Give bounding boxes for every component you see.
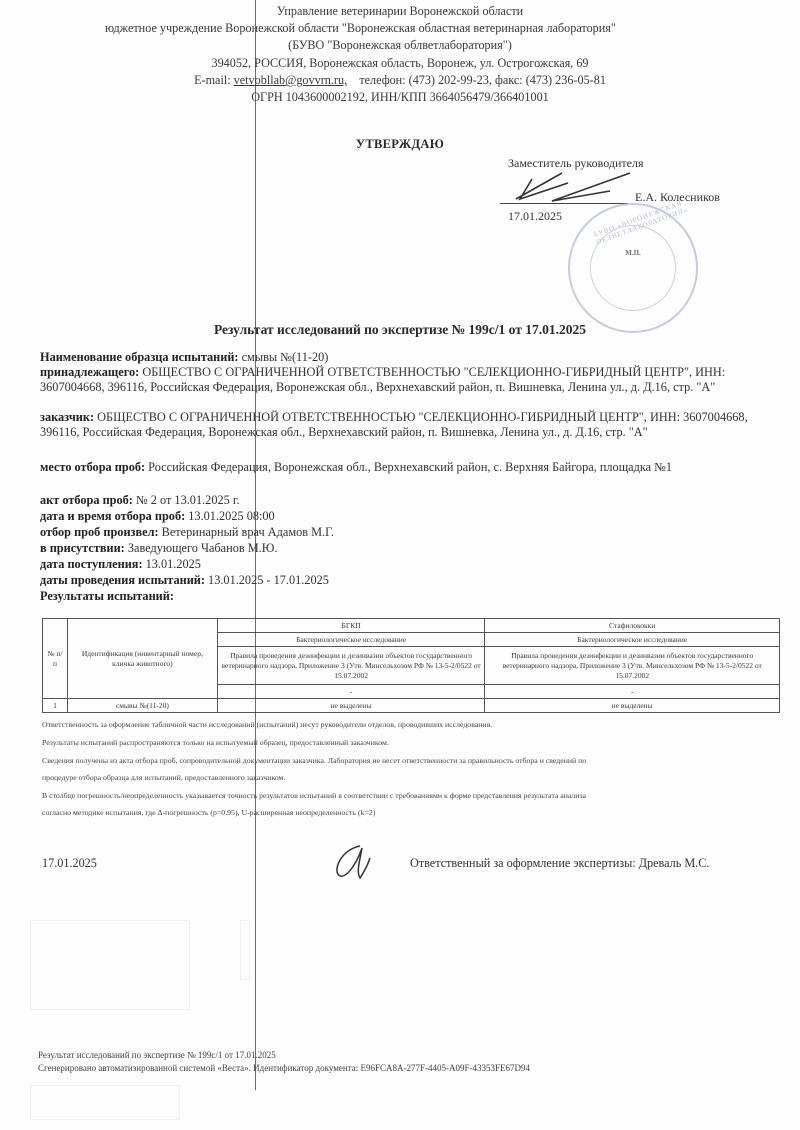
row-result-staph: не выделены [485,699,780,713]
header-group-bgkp: БГКП [217,619,485,633]
row-num: 1 [43,699,68,713]
field-receipt-date: дата поступления: 13.01.2025 [40,557,770,572]
bottom-report-ref: Результат исследований по экспертизе № 1… [38,1050,276,1061]
field-sampling-place: место отбора проб: Российская Федерация,… [40,460,770,475]
field-sampling-act: акт отбора проб: № 2 от 13.01.2025 г. [40,493,770,508]
field-test-dates: даты проведения испытаний: 13.01.2025 - … [40,573,770,588]
field-in-presence: в присутствии: Заведующего Чабанов М.Ю. [40,541,770,556]
header-group-staph: Стафилококки [485,619,780,633]
report-title: Результат исследований по экспертизе № 1… [0,322,800,338]
header-line-1: Управление ветеринарии Воронежской облас… [0,4,800,19]
note-6: согласно методике испытания, где Δ-погре… [42,808,375,818]
scan-ghost [30,920,190,1010]
unit-staph: - [485,685,780,699]
scan-ghost [240,920,250,980]
table-row: 1 смывы №(11-20) не выделены не выделены [43,699,780,713]
field-results-heading: Результаты испытаний: [40,589,770,604]
note-4: процедуре отбора образца для испытаний, … [42,773,285,783]
field-sampled-by: отбор проб произвел: Ветеринарный врач А… [40,525,770,540]
header-identification: Идентификация (инвентарный номер, кличка… [67,619,217,699]
method-staph: Бактериологическое исследование [485,633,780,647]
signature-line [500,203,628,204]
field-customer: заказчик: ОБЩЕСТВО С ОГРАНИЧЕННОЙ ОТВЕТС… [40,410,770,440]
note-3: Сведения получены из акта отбора проб, с… [42,756,586,766]
header-address: 394052, РОССИЯ, Воронежская область, Вор… [0,56,800,71]
normative-bgkp: Правила проведения дезинфекции и дезинва… [217,647,485,685]
signature-icon [510,165,650,207]
responsible-signature-icon [330,842,374,882]
field-owner: принадлежащего: ОБЩЕСТВО С ОГРАНИЧЕННОЙ … [40,365,770,395]
scan-artifact-line [255,0,256,1090]
header-contacts: E-mail: vetvobllab@govvrn.ru, телефон: (… [0,73,800,88]
header-ogrn: ОГРН 1043600002192, ИНН/КПП 3664056479/3… [0,90,800,105]
approval-date: 17.01.2025 [508,209,562,224]
method-bgkp: Бактериологическое исследование [217,633,485,647]
document-page: Управление ветеринарии Воронежской облас… [0,0,800,1130]
row-result-bgkp: не выделены [217,699,485,713]
email-link[interactable]: vetvobllab@govvrn.ru, [234,73,347,87]
footer-date: 17.01.2025 [42,856,97,871]
header-line-2: юджетное учреждение Воронежской области … [105,21,616,36]
note-5: В столбце погрешность/неопределенность у… [42,791,586,801]
results-table: № п/п Идентификация (инвентарный номер, … [42,618,780,713]
approval-title: УТВЕРЖДАЮ [0,137,800,152]
scan-ghost [30,1085,180,1120]
normative-staph: Правила проведения дезинфекции и дезинва… [485,647,780,685]
official-stamp-icon: М.П. БУВО «ВОРОНЕЖСКАЯ ОБЛВЕТЛАБОРАТОРИЯ… [568,203,698,333]
footer-responsible: Ответственный за оформление экспертизы: … [410,856,709,871]
note-2: Результаты испытаний распространяются то… [42,738,389,748]
field-sample-name: Наименование образца испытаний: смывы №(… [40,350,770,365]
header-line-3: (БУВО "Воронежская облветлаборатория") [0,38,800,53]
field-sampling-datetime: дата и время отбора проб: 13.01.2025 08:… [40,509,770,524]
phone-fax: телефон: (473) 202-99-23, факс: (473) 23… [359,73,606,87]
unit-bgkp: - [217,685,485,699]
email-label: E-mail: [194,73,231,87]
bottom-generated-id: Сгенерировано автоматизированной системо… [38,1063,530,1074]
header-num: № п/п [43,619,68,699]
note-1: Ответственность за оформление табличной … [42,720,492,730]
stamp-label: М.П. [570,249,696,257]
row-id: смывы №(11-20) [67,699,217,713]
